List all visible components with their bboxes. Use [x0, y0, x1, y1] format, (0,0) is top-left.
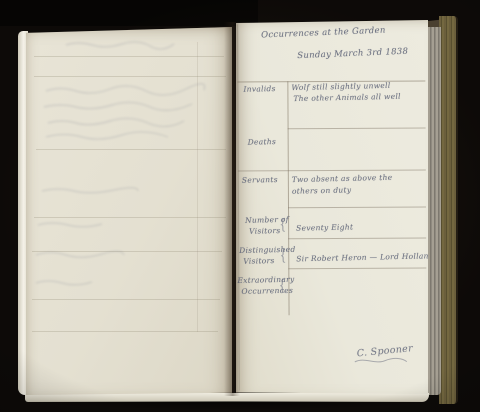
row-label-distinguished-visitors: Distinguished [239, 245, 296, 255]
row-entry-distinguished-visitors: Sir Robert Heron — Lord Holland [296, 251, 434, 263]
row-label-invalids: Invalids [243, 84, 276, 94]
row-label-servants: Servants [242, 175, 278, 185]
row-entry-visitor-count: Seventy Eight [296, 222, 353, 232]
row-label-number-of-visitors-line2: Visitors [249, 226, 280, 236]
row-separator [288, 207, 426, 209]
row-entry: Two absent as above the [292, 173, 393, 184]
book-cover-right-board [439, 16, 458, 404]
label-brace: { [279, 215, 286, 233]
signature-flourish [353, 356, 409, 366]
row-label-distinguished-visitors-line2: Visitors [243, 256, 274, 266]
left-page [26, 27, 232, 395]
row-entry: others on duty [292, 185, 352, 195]
row-entry: The other Animals all well [293, 92, 401, 103]
row-label-extraordinary-occurrences: Extraordinary [237, 275, 294, 285]
row-entry: Wolf still slightly unwell [291, 81, 390, 92]
row-separator [288, 268, 426, 270]
show-through-writing [26, 27, 232, 395]
row-separator [288, 238, 426, 240]
row-label-deaths: Deaths [248, 137, 277, 147]
right-page-content: Occurrences at the Garden Sunday March 3… [235, 19, 429, 394]
row-separator [238, 170, 426, 172]
date-line: Sunday March 3rd 1838 [297, 47, 408, 61]
gutter-shadow [224, 22, 240, 396]
book-bottom-shadow [16, 401, 446, 410]
page-heading: Occurrences at the Garden [261, 26, 386, 41]
label-brace: { [280, 246, 287, 264]
photograph-of-open-ledger: Occurrences at the Garden Sunday March 3… [0, 0, 480, 412]
row-separator [288, 128, 426, 130]
fore-edge-page-stack [427, 27, 441, 395]
label-brace: { [279, 276, 286, 294]
right-page: Occurrences at the Garden Sunday March 3… [236, 20, 428, 394]
